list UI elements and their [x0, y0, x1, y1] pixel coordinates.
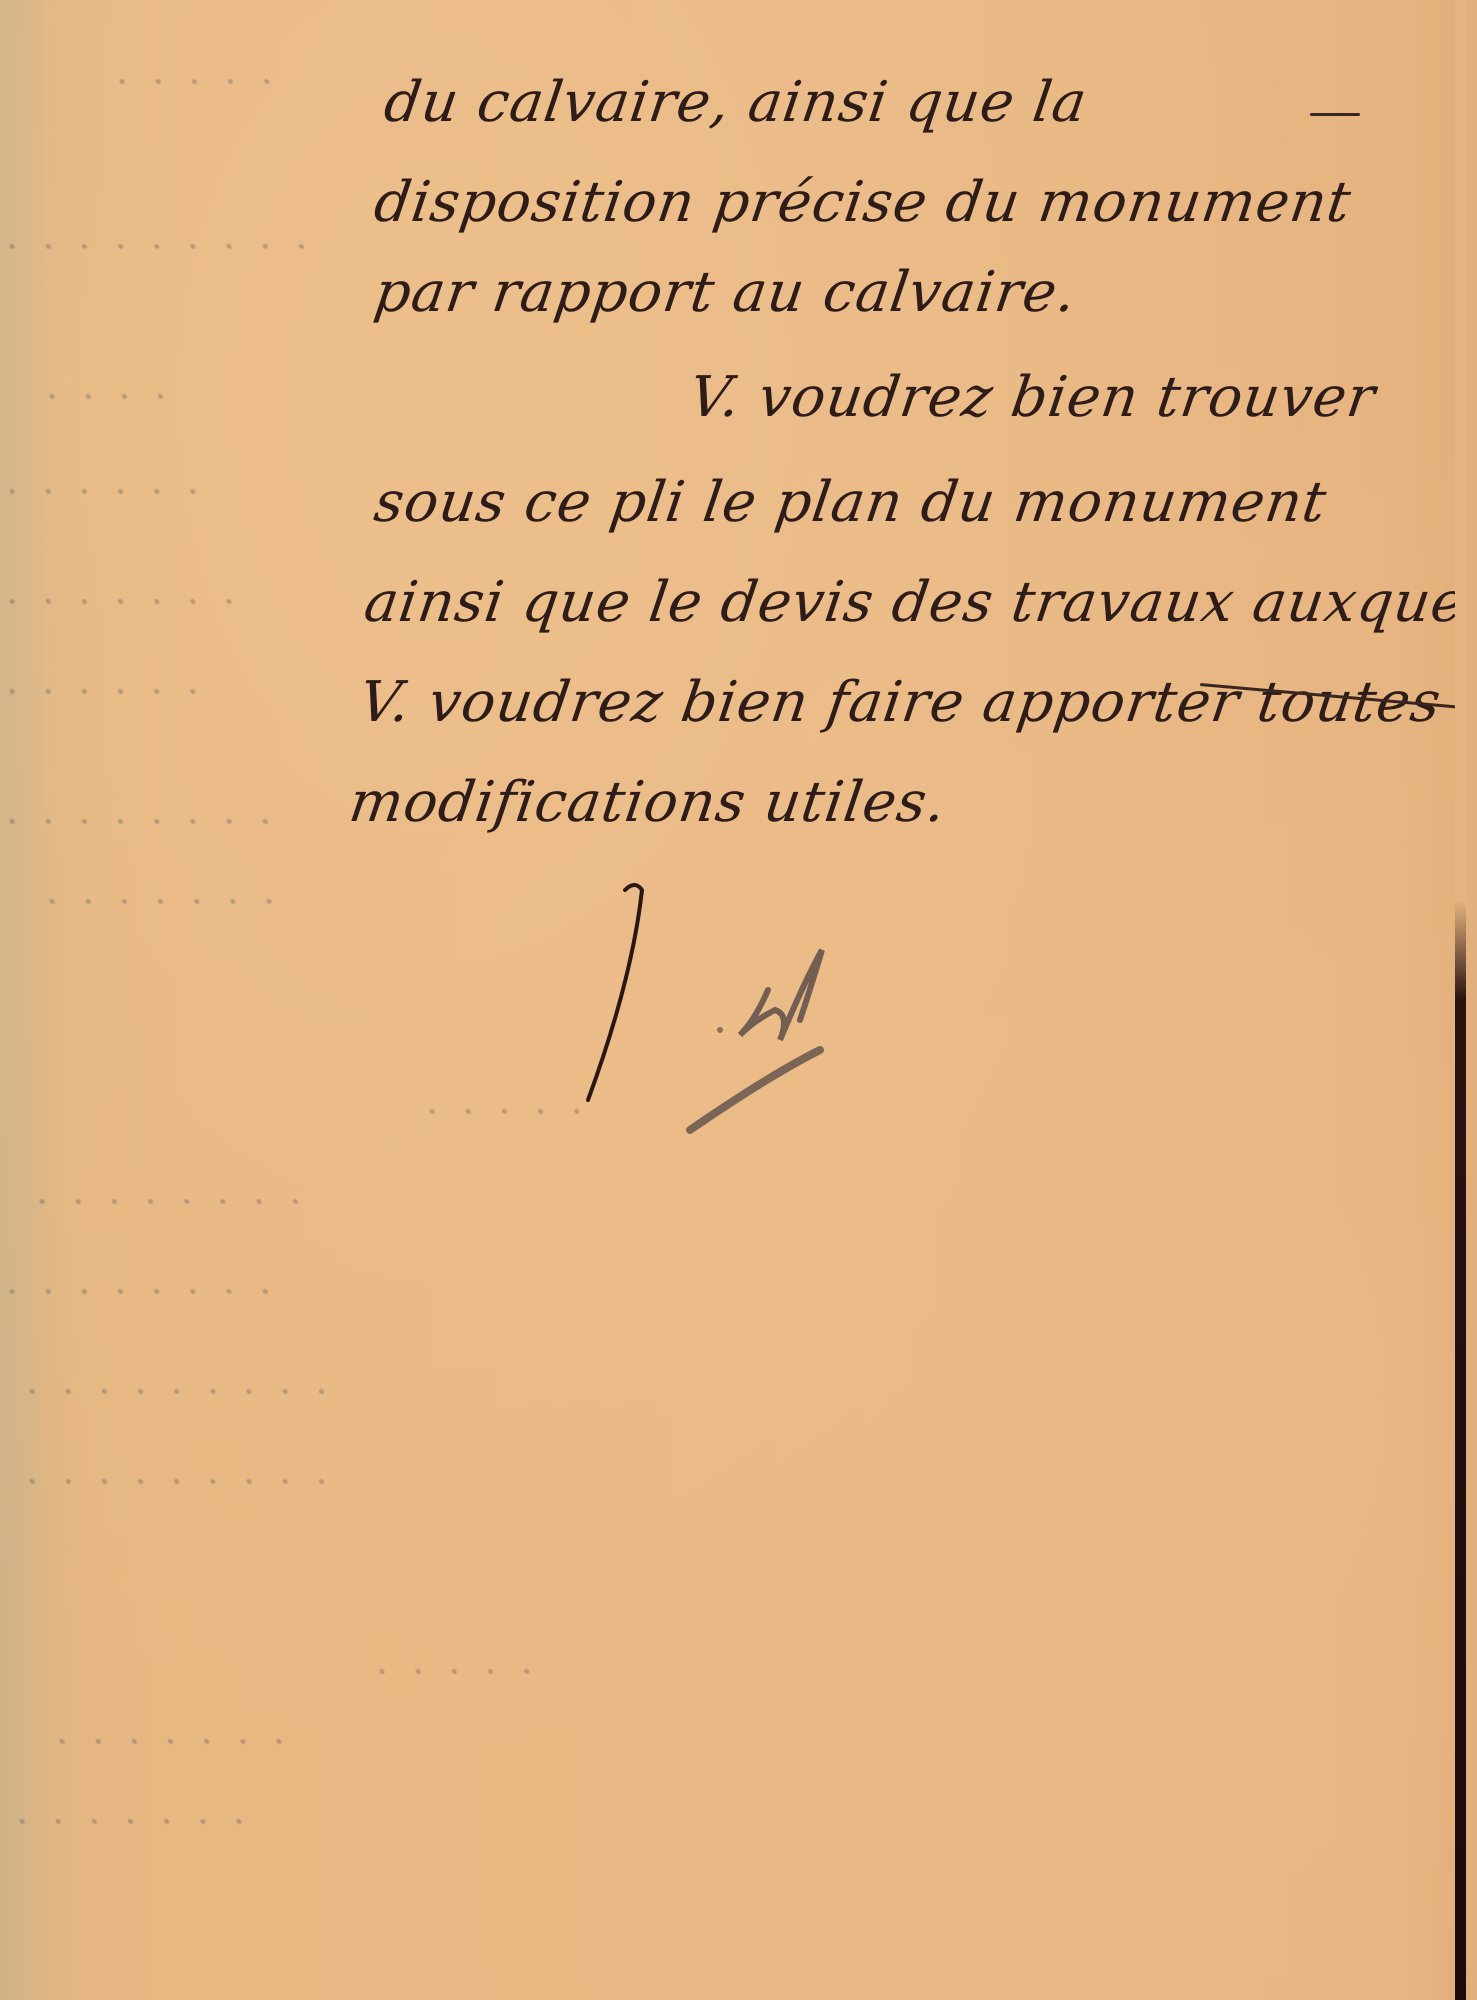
bleed-through-text: · · · · ·: [420, 1090, 583, 1134]
line-trailing-stroke: [1310, 113, 1360, 116]
bleed-through-text: · · · · · · ·: [0, 580, 235, 624]
bleed-through-text: · · · · · · ·: [10, 1800, 245, 1844]
handwritten-line: disposition précise du monument: [370, 170, 1355, 235]
handwritten-line: ainsi que le devis des travaux auxquels: [360, 570, 1466, 635]
bleed-through-text: · · · · ·: [110, 60, 273, 104]
handwritten-line: sous ce pli le plan du monument: [370, 470, 1330, 535]
bleed-through-text: · · · · · · · · ·: [20, 1460, 327, 1504]
bleed-through-text: · · · · · · · ·: [30, 1180, 301, 1224]
handwritten-line: par rapport au calvaire.: [370, 260, 1080, 325]
bleed-through-text: · · · · · · ·: [40, 880, 275, 924]
handwritten-line: modifications utiles.: [345, 770, 950, 835]
bleed-through-text: · · · · · · ·: [50, 1720, 285, 1764]
handwritten-line: V. voudrez bien faire apporter toutes: [355, 670, 1445, 735]
bleed-through-text: · · · · · ·: [0, 670, 199, 714]
bleed-through-text: · · · · · ·: [0, 470, 199, 514]
handwritten-line: V. voudrez bien trouver: [685, 365, 1379, 430]
bleed-through-text: · · · · · · · · ·: [20, 1370, 327, 1414]
page-gutter-shadow: [0, 0, 70, 2000]
bleed-through-text: · · · · ·: [370, 1650, 533, 1694]
bleed-through-text: · · · · · · · ·: [0, 800, 271, 844]
bleed-through-text: · · · · · · · · ·: [0, 225, 307, 269]
page-right-edge: [1455, 0, 1466, 2000]
signature-mark: [560, 860, 860, 1140]
bleed-through-text: · · · · · · · ·: [0, 1270, 271, 1314]
bleed-through-text: · · · ·: [40, 375, 167, 419]
document-page: · · · · · · · · · · · · · · · · · · · · …: [0, 0, 1466, 2000]
handwritten-line: du calvaire, ainsi que la: [380, 70, 1091, 135]
